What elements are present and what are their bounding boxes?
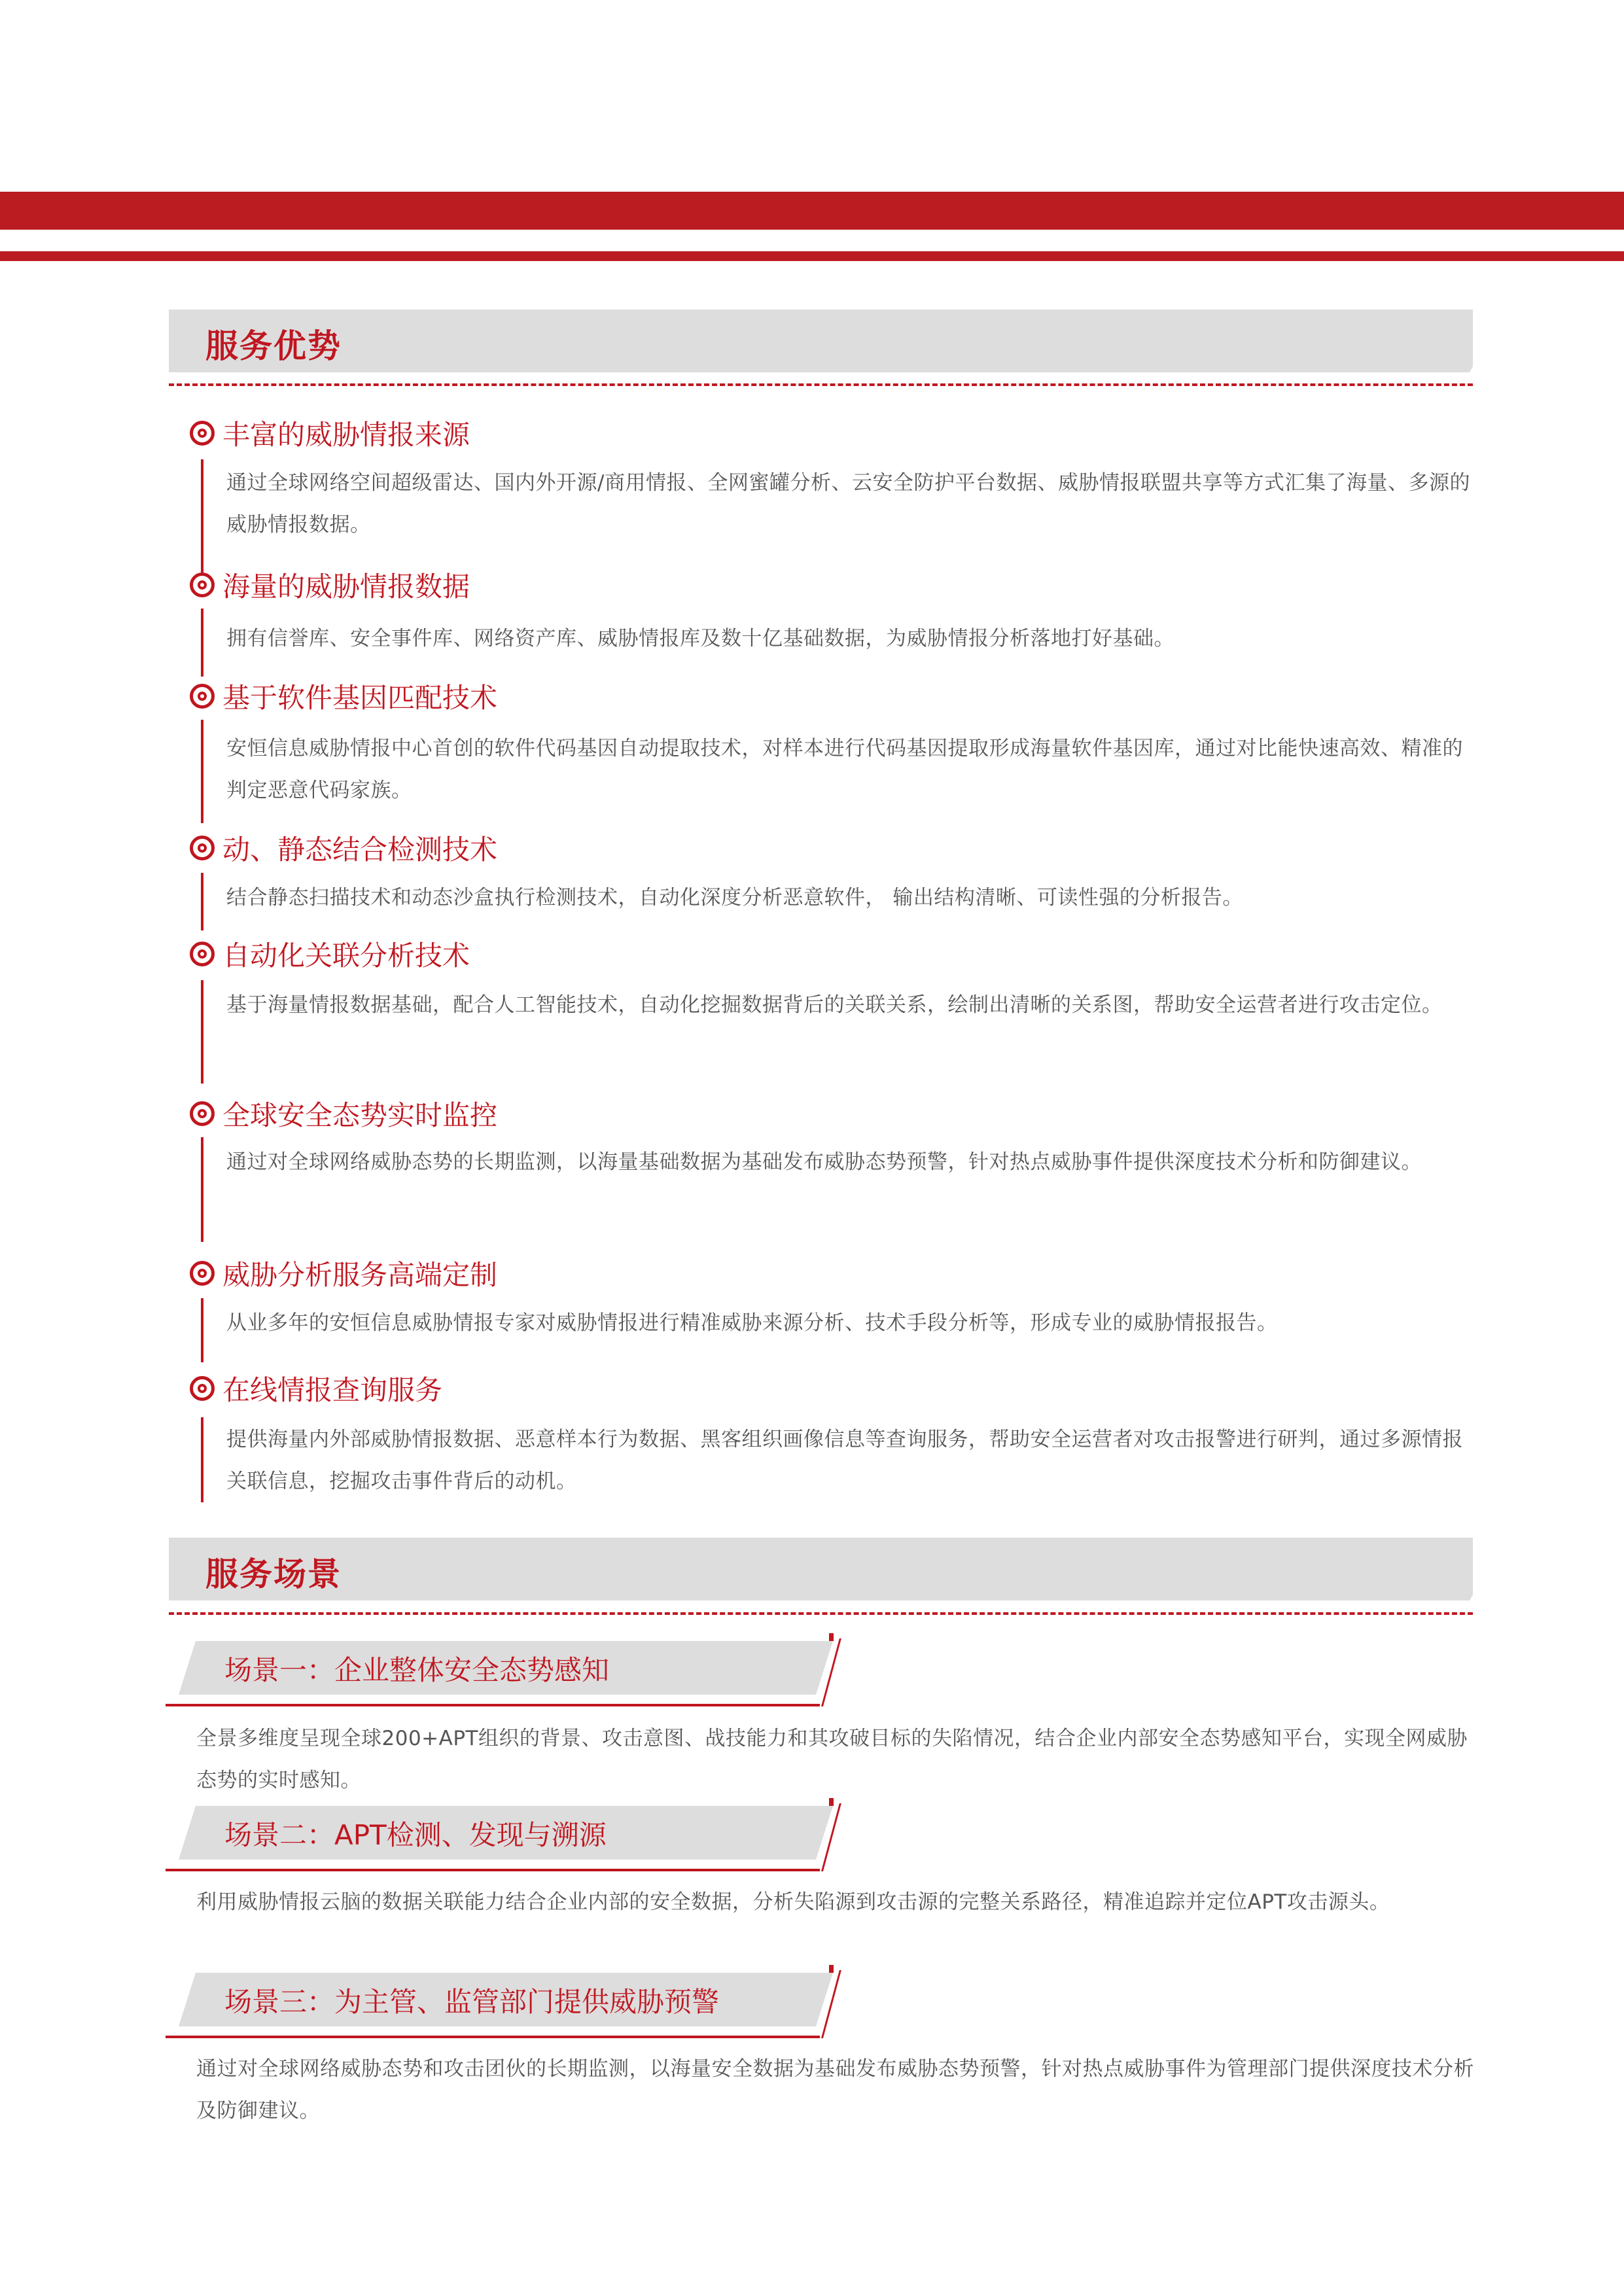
advantage-item-desc: 从业多年的安恒信息威胁情报专家对威胁情报进行精准威胁来源分析、技术手段分析等，形… [226,1302,1476,1344]
banner-underline [166,1869,820,1871]
section-title: 服务场景 [205,1548,342,1595]
advantage-item-desc: 基于海量情报数据基础，配合人工智能技术，自动化挖掘数据背后的关联关系，绘制出清晰… [226,984,1476,1026]
scenario-banner: 场景三：为主管、监管部门提供威胁预警 [166,1973,859,2048]
dashed-divider [169,1612,1473,1615]
advantage-item-desc: 安恒信息威胁情报中心首创的软件代码基因自动提取技术，对样本进行代码基因提取形成海… [226,728,1476,811]
advantage-item-desc: 通过全球网络空间超级雷达、国内外开源/商用情报、全网蜜罐分析、云安全防护平台数据… [226,462,1476,546]
section-title: 服务优势 [205,320,342,367]
timeline-line [201,873,203,930]
timeline-line [201,980,203,1084]
banner-nub [829,1798,834,1806]
target-icon [190,836,215,860]
banner-nub [829,1965,834,1973]
dashed-divider [169,383,1473,386]
target-icon [190,1101,215,1126]
timeline-line [201,1137,203,1242]
advantage-item-title: 全球安全态势实时监控 [190,1094,497,1133]
scenario-label: 场景二：APT检测、发现与溯源 [224,1814,607,1853]
slash-decoration [1460,324,1473,372]
target-icon [190,1376,215,1401]
scenario-label: 场景三：为主管、监管部门提供威胁预警 [224,1981,719,2020]
advantage-item-title: 动、静态结合检测技术 [190,828,497,868]
target-icon [190,684,215,709]
advantage-item-title: 威胁分析服务高端定制 [190,1254,497,1293]
advantage-item-desc: 拥有信誉库、安全事件库、网络资产库、威胁情报库及数十亿基础数据，为威胁情报分析落… [226,618,1476,660]
scenario-banner: 场景一：企业整体安全态势感知 [166,1641,859,1716]
timeline-line [201,1298,203,1362]
timeline-line [201,1417,203,1502]
target-icon [190,421,215,446]
scenario-desc: 通过对全球网络威胁态势和攻击团伙的长期监测，以海量安全数据为基础发布威胁态势预警… [196,2048,1479,2132]
advantage-item-title: 海量的威胁情报数据 [190,565,470,605]
scenario-desc: 利用威胁情报云脑的数据关联能力结合企业内部的安全数据，分析失陷源到攻击源的完整关… [196,1881,1479,1923]
scenario-banner: 场景二：APT检测、发现与溯源 [166,1806,859,1881]
top-red-stripe [0,251,1624,261]
banner-underline [166,1704,820,1706]
advantage-item-desc: 提供海量内外部威胁情报数据、恶意样本行为数据、黑客组织画像信息等查询服务，帮助安… [226,1419,1476,1502]
advantage-item-desc: 结合静态扫描技术和动态沙盒执行检测技术，自动化深度分析恶意软件， 输出结构清晰、… [226,877,1476,919]
target-icon [190,1261,215,1286]
top-red-banner [0,192,1624,230]
advantage-item-desc: 通过对全球网络威胁态势的长期监测，以海量基础数据为基础发布威胁态势预警，针对热点… [226,1141,1476,1183]
slash-decoration [1460,1552,1473,1600]
section-header-scenarios: 服务场景 [169,1538,1473,1600]
advantage-item-title: 自动化关联分析技术 [190,934,470,974]
timeline-line [201,720,203,823]
section-header-advantages: 服务优势 [169,309,1473,372]
target-icon [190,573,215,597]
target-icon [190,942,215,966]
banner-nub [829,1633,834,1641]
advantage-item-title: 丰富的威胁情报来源 [190,414,470,453]
banner-underline [166,2036,820,2038]
advantage-item-title: 基于软件基因匹配技术 [190,677,497,716]
scenario-desc: 全景多维度呈现全球200+APT组织的背景、攻击意图、战技能力和其攻破目标的失陷… [196,1718,1479,1801]
scenario-label: 场景一：企业整体安全态势感知 [224,1649,609,1688]
timeline-line [201,459,203,573]
timeline-line [201,609,203,677]
advantage-item-title: 在线情报查询服务 [190,1369,442,1408]
